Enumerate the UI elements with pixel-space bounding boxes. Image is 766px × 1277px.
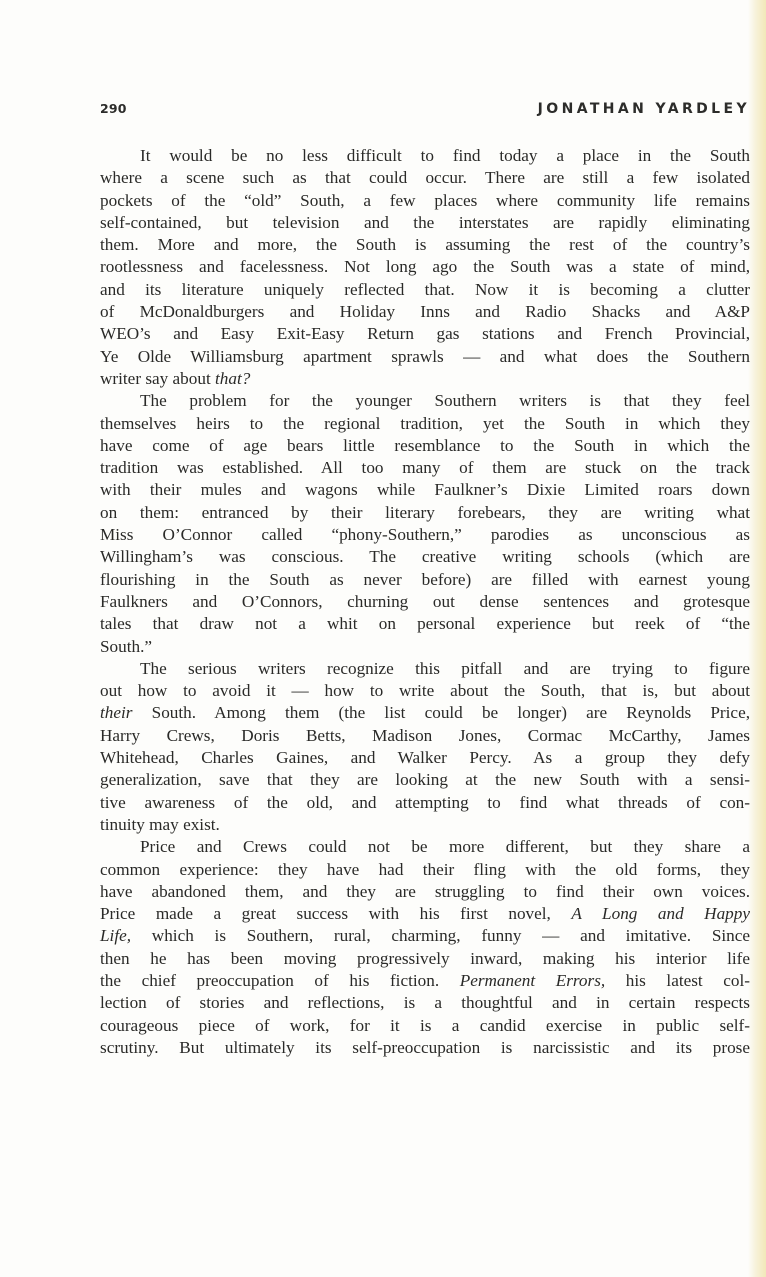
text-line: then he has been moving progressively in… bbox=[100, 948, 750, 970]
text-line: of McDonaldburgers and Holiday Inns and … bbox=[100, 301, 750, 323]
text-line: South.” bbox=[100, 636, 750, 658]
text-line: tradition was established. All too many … bbox=[100, 457, 750, 479]
text-line: Miss O’Connor called “phony-Southern,” p… bbox=[100, 524, 750, 546]
text-line: tales that draw not a whit on personal e… bbox=[100, 613, 750, 635]
text-line: with their mules and wagons while Faulkn… bbox=[100, 479, 750, 501]
italic-emphasis: their bbox=[100, 703, 132, 722]
text-line: The serious writers recognize this pitfa… bbox=[100, 658, 750, 680]
text-line: flourishing in the South as never before… bbox=[100, 569, 750, 591]
book-title: Permanent Errors, bbox=[460, 971, 606, 990]
text-line: The problem for the younger Southern wri… bbox=[100, 390, 750, 412]
page-edge-shadow bbox=[748, 0, 766, 1277]
text-line: have abandoned them, and they are strugg… bbox=[100, 881, 750, 903]
text-line: It would be no less difficult to find to… bbox=[100, 145, 750, 167]
text-fragment: South. Among them (the list could be lon… bbox=[132, 703, 750, 722]
text-line: self-contained, but television and the i… bbox=[100, 212, 750, 234]
text-fragment: his latest col- bbox=[605, 971, 750, 990]
paragraph-3: The serious writers recognize this pitfa… bbox=[100, 658, 750, 836]
book-title: Life, bbox=[100, 926, 131, 945]
text-fragment: writer say about bbox=[100, 369, 215, 388]
paragraph-2: The problem for the younger Southern wri… bbox=[100, 390, 750, 658]
text-fragment: which is Southern, rural, charming, funn… bbox=[131, 926, 750, 945]
paragraph-4: Price and Crews could not be more differ… bbox=[100, 836, 750, 1059]
text-line: courageous piece of work, for it is a ca… bbox=[100, 1015, 750, 1037]
body-text: It would be no less difficult to find to… bbox=[100, 145, 750, 1059]
text-line: the chief preoccupation of his fiction. … bbox=[100, 970, 750, 992]
text-line: tive awareness of the old, and attemptin… bbox=[100, 792, 750, 814]
text-line: common experience: they have had their f… bbox=[100, 859, 750, 881]
text-line: Whitehead, Charles Gaines, and Walker Pe… bbox=[100, 747, 750, 769]
text-line: Harry Crews, Doris Betts, Madison Jones,… bbox=[100, 725, 750, 747]
paragraph-1: It would be no less difficult to find to… bbox=[100, 145, 750, 390]
text-line: WEO’s and Easy Exit-Easy Return gas stat… bbox=[100, 323, 750, 345]
text-line: rootlessness and facelessness. Not long … bbox=[100, 256, 750, 278]
text-line: Willingham’s was conscious. The creative… bbox=[100, 546, 750, 568]
text-line: Ye Olde Williamsburg apartment sprawls —… bbox=[100, 346, 750, 368]
text-line: Price and Crews could not be more differ… bbox=[100, 836, 750, 858]
text-line: writer say about that? bbox=[100, 368, 750, 390]
italic-emphasis: that? bbox=[215, 369, 250, 388]
text-line: scrutiny. But ultimately its self-preocc… bbox=[100, 1037, 750, 1059]
text-line: on them: entranced by their literary for… bbox=[100, 502, 750, 524]
text-line: pockets of the “old” South, a few places… bbox=[100, 190, 750, 212]
text-line: have come of age bears little resemblanc… bbox=[100, 435, 750, 457]
page-number: 290 bbox=[100, 101, 127, 116]
text-line: themselves heirs to the regional traditi… bbox=[100, 413, 750, 435]
text-line: their South. Among them (the list could … bbox=[100, 702, 750, 724]
running-head-author: JONATHAN YARDLEY bbox=[538, 101, 750, 117]
text-line: Price made a great success with his firs… bbox=[100, 903, 750, 925]
text-line: out how to avoid it — how to write about… bbox=[100, 680, 750, 702]
text-line: and its literature uniquely reflected th… bbox=[100, 279, 750, 301]
text-line: tinuity may exist. bbox=[100, 814, 750, 836]
text-line: Faulkners and O’Connors, churning out de… bbox=[100, 591, 750, 613]
text-line: lection of stories and reflections, is a… bbox=[100, 992, 750, 1014]
text-fragment: the chief preoccupation of his fiction. bbox=[100, 971, 460, 990]
page-header: 290 JONATHAN YARDLEY bbox=[100, 101, 750, 121]
book-title: A Long and Happy bbox=[571, 904, 750, 923]
text-fragment: Price made a great success with his firs… bbox=[100, 904, 571, 923]
text-line: where a scene such as that could occur. … bbox=[100, 167, 750, 189]
text-line: Life, which is Southern, rural, charming… bbox=[100, 925, 750, 947]
text-line: them. More and more, the South is assumi… bbox=[100, 234, 750, 256]
text-line: generalization, save that they are looki… bbox=[100, 769, 750, 791]
